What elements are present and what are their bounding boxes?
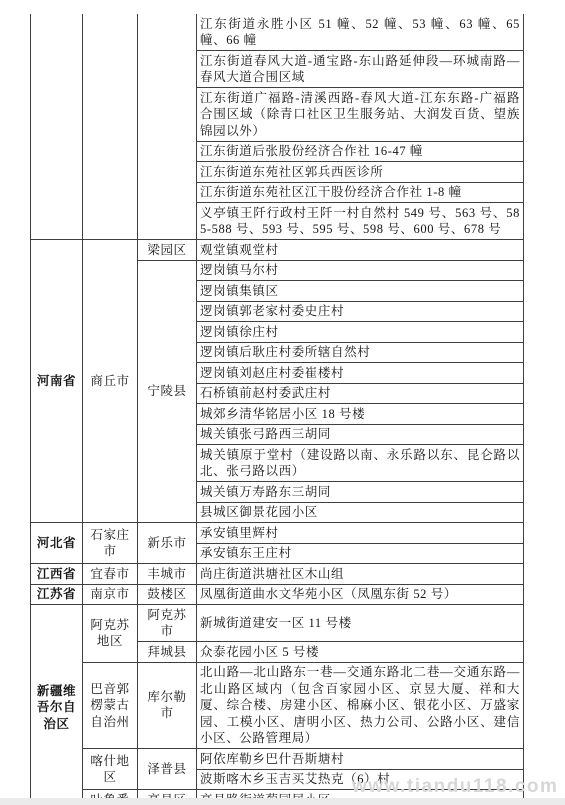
area-cell: 众泰花园小区 5 号楼 (197, 642, 524, 663)
area-cell: 逻岗镇徐庄村 (197, 322, 524, 343)
area-cell: 北山路—北山路东一巷—交通东路北二巷—交通东路—北山路区域内（包含百家园小区、京… (197, 662, 524, 749)
area-cell: 城郊乡清华铭居小区 18 号楼 (197, 404, 524, 425)
city-cell: 阿克苏地区 (83, 605, 138, 663)
area-cell: 逻岗镇集镇区 (197, 281, 524, 302)
table-row: 河北省石家庄市新乐市承安镇里辉村 (31, 523, 524, 544)
risk-area-table: 江东街道永胜小区 51 幢、52 幢、53 幢、63 幢、65 幢、66 幢江东… (30, 14, 524, 805)
district-cell: 梁园区 (138, 240, 197, 261)
district-cell: 鼓楼区 (138, 584, 197, 605)
area-cell: 江东街道春风大道-通宝路-东山路延伸段—环城南路—春风大道合围区域 (197, 51, 524, 88)
city-cell: 喀什地区 (83, 749, 138, 790)
area-cell: 逻岗镇郭老家村委史庄村 (197, 301, 524, 322)
area-cell: 阿依库勒乡巴什吾斯塘村 (197, 749, 524, 770)
district-cell: 阿克苏市 (138, 605, 197, 642)
area-cell: 石桥镇前赵村委武庄村 (197, 383, 524, 404)
watermark: www.tiandu118.com (352, 776, 558, 798)
area-cell: 城关镇张弓路西三胡同 (197, 424, 524, 445)
risk-area-table-body: 江东街道永胜小区 51 幢、52 幢、53 幢、63 幢、65 幢、66 幢江东… (31, 14, 524, 805)
area-cell: 县城区御景花园小区 (197, 502, 524, 523)
district-cell: 泽普县 (138, 749, 197, 790)
district-cell: 拜城县 (138, 642, 197, 663)
district-cell (138, 14, 197, 240)
province-cell: 江苏省 (31, 584, 83, 605)
area-cell: 承安镇东王庄村 (197, 543, 524, 564)
table-row: 新疆维吾尔自治区阿克苏地区阿克苏市新城街道建安一区 11 号楼 (31, 605, 524, 642)
table-row: 喀什地区泽普县阿依库勒乡巴什吾斯塘村 (31, 749, 524, 770)
province-cell: 江西省 (31, 564, 83, 585)
area-cell: 新城街道建安一区 11 号楼 (197, 605, 524, 642)
area-cell: 承安镇里辉村 (197, 523, 524, 544)
table-row: 江东街道永胜小区 51 幢、52 幢、53 幢、63 幢、65 幢、66 幢 (31, 14, 524, 51)
table-row: 河南省商丘市梁园区观堂镇观堂村 (31, 240, 524, 261)
area-cell: 江东街道广福路-清溪西路-春风大道-江东东路-广福路合围区域（除青口社区卫生服务… (197, 88, 524, 142)
province-cell: 河北省 (31, 523, 83, 564)
area-cell: 凤凰街道曲水文华苑小区（凤凰东街 52 号） (197, 584, 524, 605)
city-cell: 宜春市 (83, 564, 138, 585)
city-cell (83, 14, 138, 240)
area-cell: 城关镇万寿路东三胡同 (197, 482, 524, 503)
bottom-strip (0, 798, 565, 805)
area-cell: 逻岗镇后耿庄村委所辖自然村 (197, 342, 524, 363)
area-cell: 逻岗镇刘赵庄村委崔楼村 (197, 363, 524, 384)
district-cell: 库尔勒市 (138, 662, 197, 749)
district-cell: 丰城市 (138, 564, 197, 585)
district-cell: 新乐市 (138, 523, 197, 564)
table-row: 巴音郭楞蒙古自治州库尔勒市北山路—北山路东一巷—交通东路北二巷—交通东路—北山路… (31, 662, 524, 749)
area-cell: 江东街道永胜小区 51 幢、52 幢、53 幢、63 幢、65 幢、66 幢 (197, 14, 524, 51)
table-row: 江苏省南京市鼓楼区凤凰街道曲水文华苑小区（凤凰东街 52 号） (31, 584, 524, 605)
area-cell: 逻岗镇马尔村 (197, 260, 524, 281)
city-cell: 南京市 (83, 584, 138, 605)
table-row: 江西省宜春市丰城市尚庄街道洪塘社区木山组 (31, 564, 524, 585)
area-cell: 义亭镇王阡行政村王阡一村自然村 549 号、563 号、585-588 号、59… (197, 203, 524, 240)
province-cell (31, 14, 83, 240)
area-cell: 江东街道东苑社区江干股份经济合作社 1-8 幢 (197, 182, 524, 203)
area-cell: 江东街道东苑社区郭兵西医诊所 (197, 162, 524, 183)
province-cell: 新疆维吾尔自治区 (31, 605, 83, 805)
city-cell: 石家庄市 (83, 523, 138, 564)
city-cell: 巴音郭楞蒙古自治州 (83, 662, 138, 749)
area-cell: 江东街道后张股份经济合作社 16-47 幢 (197, 141, 524, 162)
document-page: 江东街道永胜小区 51 幢、52 幢、53 幢、63 幢、65 幢、66 幢江东… (0, 0, 565, 805)
area-cell: 观堂镇观堂村 (197, 240, 524, 261)
district-cell: 宁陵县 (138, 260, 197, 523)
city-cell: 商丘市 (83, 240, 138, 523)
area-cell: 城关镇原于堂村（建设路以南、永乐路以东、昆仑路以北、张弓路以西） (197, 445, 524, 482)
area-cell: 尚庄街道洪塘社区木山组 (197, 564, 524, 585)
province-cell: 河南省 (31, 240, 83, 523)
